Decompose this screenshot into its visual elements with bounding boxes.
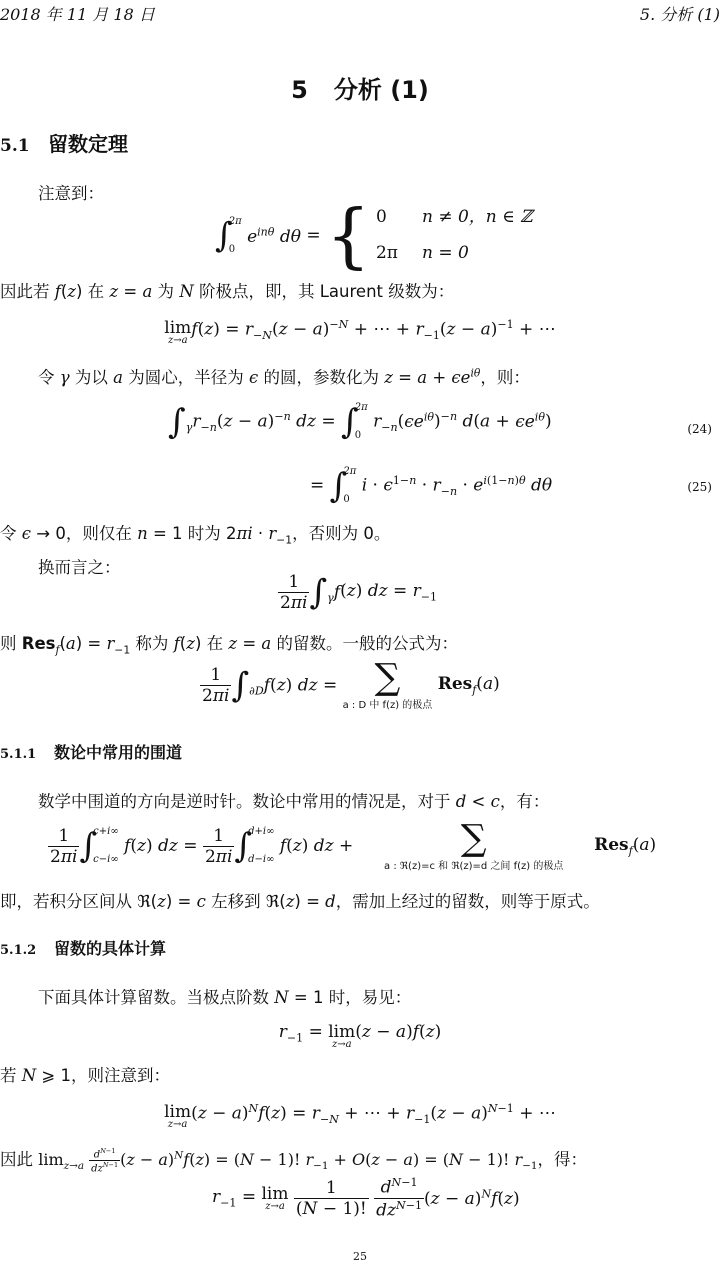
- equation-laurent: limz→af(z) = r−N(z − a)−N + ⋯ + r−1(z − …: [0, 318, 720, 346]
- paragraph: 令 γ 为以 a 为圆心，半径为 ϵ 的圆，参数化为 z = a + ϵeiθ，…: [38, 364, 530, 388]
- chapter-number: 5: [291, 76, 308, 104]
- case2-condition: n = 0: [422, 243, 469, 263]
- subsection-number: 5.1.2: [0, 943, 54, 958]
- header-date: 2018 年 11 月 18 日: [0, 2, 155, 25]
- paragraph: 令 ϵ → 0，则仅在 n = 1 时为 2πi · r−1，否则为 0。: [0, 520, 390, 546]
- equation-number: (24): [687, 422, 712, 436]
- paragraph: 若 N ⩾ 1，则注意到：: [0, 1062, 170, 1086]
- header-chapter: 5. 分析 (1): [640, 2, 720, 25]
- paragraph: 即，若积分区间从 ℜ(z) = c 左移到 ℜ(z) = d，需加上经过的留数，…: [0, 888, 600, 912]
- equation-residue: 12πi∫γf(z) dz = r−1: [278, 572, 437, 613]
- equation-24: ∫γr−n(z − a)−n dz = ∫2π0 r−n(ϵeiθ)−n d(a…: [168, 394, 552, 450]
- section-title: 留数定理: [48, 132, 128, 156]
- case1-value: 0: [376, 200, 422, 236]
- equation-25: = ∫2π0 i · ϵ1−n · r−n · ei(1−n)θ dθ: [310, 458, 552, 514]
- section-number: 5.1: [0, 136, 48, 156]
- equation-contour: 12πi∫c+i∞c−i∞ f(z) dz = 12πi∫d+i∞d−i∞ f(…: [48, 818, 656, 874]
- equation-simple-pole: r−1 = limz→a(z − a)f(z): [0, 1022, 720, 1050]
- equation-higher-pole: limz→a(z − a)Nf(z) = r−N + ⋯ + r−1(z − a…: [0, 1102, 720, 1130]
- case1-condition: n ≠ 0，n ∈ ℤ: [422, 207, 533, 227]
- case2-value: 2π: [376, 236, 422, 272]
- subsection-title: 数论中常用的围道: [54, 743, 182, 762]
- paragraph: 下面具体计算留数。当极点阶数 N = 1 时，易见：: [38, 984, 411, 1008]
- paragraph: 换而言之：: [38, 554, 121, 578]
- sum-index: a : ℜ(z)=c 和 ℜ(z)=d 之间 f(z) 的极点: [359, 857, 589, 872]
- paragraph: 注意到：: [38, 180, 104, 204]
- equation-final: r−1 = limz→a 1(N − 1)! dN−1dzN−1(z − a)N…: [212, 1176, 520, 1220]
- chapter-title-text: 分析 (1): [334, 76, 429, 104]
- sum-index: a : D 中 f(z) 的极点: [343, 696, 433, 711]
- equation-number: (25): [687, 480, 712, 494]
- subsection-title: 留数的具体计算: [54, 939, 166, 958]
- subsection-number: 5.1.1: [0, 747, 54, 762]
- paragraph: 因此 limz→a dN−1dzN−1(z − a)Nf(z) = (N − 1…: [0, 1146, 587, 1174]
- equation-cases: ∫2π0 einθ dθ = { 0n ≠ 0，n ∈ ℤ 2πn = 0: [215, 200, 533, 271]
- paragraph: 数学中围道的方向是逆时针。数论中常用的情况是，对于 d < c，有：: [38, 788, 549, 812]
- page-number: 25: [0, 1250, 720, 1263]
- section-heading: 5.1留数定理: [0, 128, 128, 157]
- chapter-title: 5分析 (1): [0, 70, 720, 105]
- subsection-heading: 5.1.1数论中常用的围道: [0, 740, 182, 763]
- subsection-heading: 5.1.2留数的具体计算: [0, 936, 166, 959]
- equation-general: 12πi∫∂Df(z) dz = ∑a : D 中 f(z) 的极点 Resf(…: [200, 660, 500, 711]
- paragraph: 则 Resf(a) = r−1 称为 f(z) 在 z = a 的留数。一般的公…: [0, 630, 458, 656]
- paragraph: 因此若 f(z) 在 z = a 为 N 阶极点，即，其 Laurent 级数为…: [0, 278, 454, 302]
